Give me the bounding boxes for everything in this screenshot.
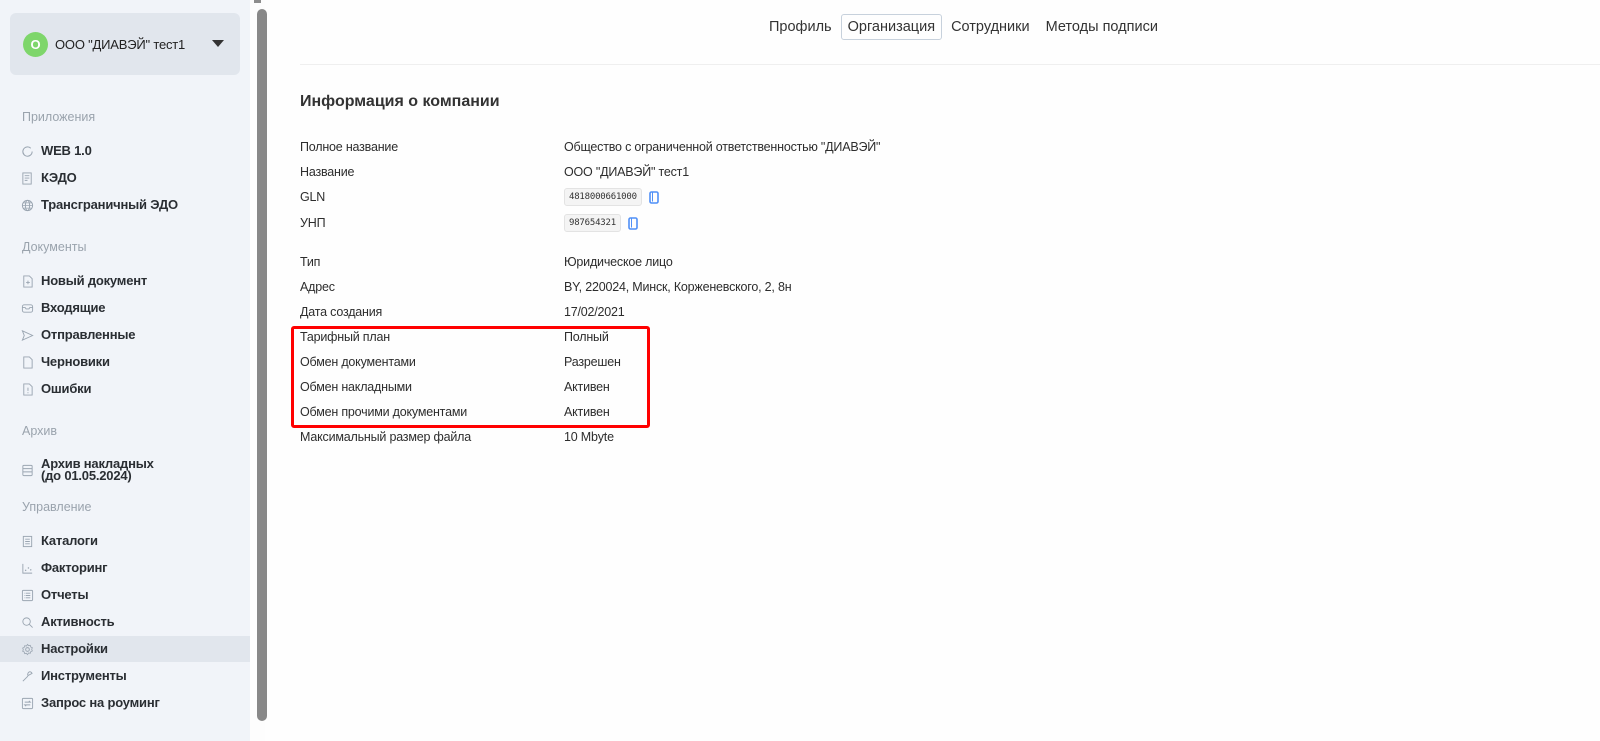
- sidebar-item-waybill-archive[interactable]: Архив накладных(до 01.05.2024): [0, 452, 250, 488]
- section-title-archive: Архив: [22, 424, 57, 438]
- sidebar-item-label: Активность: [41, 616, 114, 628]
- info-row-unp: УНП 987654321: [300, 213, 638, 233]
- scrollbar-thumb[interactable]: [257, 9, 267, 721]
- row-value: 17/02/2021: [564, 305, 625, 319]
- document-signature-icon: [21, 172, 34, 185]
- sidebar-item-catalogs[interactable]: Каталоги: [0, 528, 250, 554]
- file-plus-icon: [21, 275, 34, 288]
- refresh-icon: [21, 145, 34, 158]
- file-alert-icon: [21, 383, 34, 396]
- row-value: ООО "ДИАВЭЙ" тест1: [564, 165, 689, 179]
- sidebar-item-errors[interactable]: Ошибки: [0, 376, 250, 402]
- sidebar: О ООО "ДИАВЭЙ" тест1 Приложения WEB 1.0 …: [0, 0, 250, 741]
- sidebar-item-label: Запрос на роуминг: [41, 697, 160, 709]
- row-value: 4818000661000: [564, 188, 659, 206]
- report-icon: [21, 589, 34, 602]
- label-line-2: (до 01.05.2024): [41, 468, 132, 483]
- unp-code: 987654321: [564, 214, 621, 232]
- sidebar-item-label: Отчеты: [41, 589, 88, 601]
- sidebar-item-label: Черновики: [41, 356, 110, 368]
- tab-profile[interactable]: Профиль: [762, 14, 839, 40]
- sidebar-item-sent[interactable]: Отправленные: [0, 322, 250, 348]
- settings-tabs: Профиль Организация Сотрудники Методы по…: [762, 14, 1167, 40]
- catalog-icon: [21, 535, 34, 548]
- sidebar-item-label: Каталоги: [41, 535, 98, 547]
- row-value: Общество с ограниченной ответственностью…: [564, 140, 880, 154]
- row-label: Дата создания: [300, 305, 564, 319]
- row-value: Юридическое лицо: [564, 255, 673, 269]
- archive-icon: [21, 464, 34, 477]
- info-row-address: Адрес BY, 220024, Минск, Корженевского, …: [300, 277, 791, 297]
- row-label: Адрес: [300, 280, 564, 294]
- inbox-icon: [21, 302, 34, 315]
- sidebar-item-label: Отправленные: [41, 329, 135, 341]
- org-switcher[interactable]: О ООО "ДИАВЭЙ" тест1: [10, 13, 240, 75]
- row-value: 987654321: [564, 214, 638, 232]
- row-label: GLN: [300, 190, 564, 204]
- section-title-apps: Приложения: [22, 110, 95, 124]
- sidebar-item-reports[interactable]: Отчеты: [0, 582, 250, 608]
- row-label: Максимальный размер файла: [300, 430, 564, 444]
- sidebar-item-label: Входящие: [41, 302, 105, 314]
- tabs-divider: [300, 64, 1600, 65]
- send-icon: [21, 329, 34, 342]
- sidebar-item-label: WEB 1.0: [41, 145, 92, 157]
- row-label: Тип: [300, 255, 564, 269]
- sidebar-item-label: Архив накладных(до 01.05.2024): [41, 458, 154, 482]
- sidebar-item-label: Факторинг: [41, 562, 107, 574]
- tab-organization[interactable]: Организация: [841, 14, 942, 40]
- tab-signature-methods[interactable]: Методы подписи: [1039, 14, 1165, 40]
- copy-icon[interactable]: [628, 217, 638, 230]
- sidebar-item-label: Трансграничный ЭДО: [41, 199, 178, 211]
- sidebar-item-kedo[interactable]: КЭДО: [0, 165, 250, 191]
- section-title-documents: Документы: [22, 240, 86, 254]
- row-label: Название: [300, 165, 564, 179]
- sidebar-item-new-document[interactable]: Новый документ: [0, 268, 250, 294]
- sidebar-item-factoring[interactable]: Факторинг: [0, 555, 250, 581]
- highlight-annotation-box: [291, 326, 650, 428]
- sidebar-item-settings[interactable]: Настройки: [0, 636, 250, 662]
- sidebar-item-tools[interactable]: Инструменты: [0, 663, 250, 689]
- chart-icon: [21, 562, 34, 575]
- copy-icon[interactable]: [649, 191, 659, 204]
- sidebar-item-label: Новый документ: [41, 275, 147, 287]
- row-value: BY, 220024, Минск, Корженевского, 2, 8н: [564, 280, 791, 294]
- sidebar-item-inbox[interactable]: Входящие: [0, 295, 250, 321]
- scroll-up-arrow[interactable]: [254, 0, 261, 3]
- info-row-max-file-size: Максимальный размер файла 10 Mbyte: [300, 427, 614, 447]
- sidebar-item-label: Инструменты: [41, 670, 127, 682]
- sidebar-item-drafts[interactable]: Черновики: [0, 349, 250, 375]
- search-icon: [21, 616, 34, 629]
- gln-code: 4818000661000: [564, 188, 642, 206]
- section-title-management: Управление: [22, 500, 92, 514]
- page-title: Информация о компании: [300, 93, 500, 111]
- row-value: 10 Mbyte: [564, 430, 614, 444]
- sidebar-item-label: Настройки: [41, 643, 108, 655]
- sidebar-item-label: Ошибки: [41, 383, 91, 395]
- sidebar-item-web10[interactable]: WEB 1.0: [0, 138, 250, 164]
- info-row-name: Название ООО "ДИАВЭЙ" тест1: [300, 162, 689, 182]
- info-row-created: Дата создания 17/02/2021: [300, 302, 625, 322]
- tab-employees[interactable]: Сотрудники: [944, 14, 1037, 40]
- org-name: ООО "ДИАВЭЙ" тест1: [55, 37, 185, 52]
- org-avatar: О: [23, 32, 48, 57]
- chevron-down-icon: [212, 40, 224, 47]
- sidebar-item-roaming-request[interactable]: Запрос на роуминг: [0, 690, 250, 716]
- row-label: Полное название: [300, 140, 564, 154]
- roaming-icon: [21, 697, 34, 710]
- file-icon: [21, 356, 34, 369]
- row-label: УНП: [300, 216, 564, 230]
- globe-icon: [21, 199, 34, 212]
- info-row-full-name: Полное название Общество с ограниченной …: [300, 137, 880, 157]
- sidebar-item-crossborder[interactable]: Трансграничный ЭДО: [0, 192, 250, 218]
- sidebar-item-activity[interactable]: Активность: [0, 609, 250, 635]
- sidebar-item-label: КЭДО: [41, 172, 77, 184]
- info-row-type: Тип Юридическое лицо: [300, 252, 673, 272]
- info-row-gln: GLN 4818000661000: [300, 187, 659, 207]
- gear-icon: [21, 643, 34, 656]
- wrench-icon: [21, 670, 34, 683]
